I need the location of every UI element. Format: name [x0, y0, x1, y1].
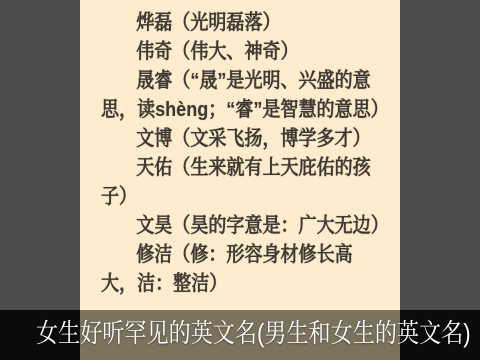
name-entry-tianyou: 天佑（生来就有上天庇佑的孩子）	[101, 153, 381, 211]
video-caption: 女生好听罕见的英文名(男生和女生的英文名)	[36, 316, 444, 350]
video-frame: 烨磊（光明磊落） 伟奇（伟大、神奇） 晟睿（“晟”是光明、兴盛的意思，读shèn…	[0, 0, 480, 360]
name-entry-wenhao: 文昊（昊的字意是：广大无边）	[101, 211, 381, 240]
name-entry-yelei: 烨磊（光明磊落）	[101, 8, 381, 37]
name-entry-weiqi: 伟奇（伟大、神奇）	[101, 37, 381, 66]
name-list-slide: 烨磊（光明磊落） 伟奇（伟大、神奇） 晟睿（“晟”是光明、兴盛的意思，读shèn…	[80, 0, 400, 360]
name-entry-xiujie: 修洁（修：形容身材修长高大，洁：整洁）	[101, 240, 381, 298]
name-list: 烨磊（光明磊落） 伟奇（伟大、神奇） 晟睿（“晟”是光明、兴盛的意思，读shèn…	[101, 8, 381, 298]
name-entry-shengrui: 晟睿（“晟”是光明、兴盛的意思，读shèng；“睿”是智慧的意思）	[101, 66, 381, 124]
name-entry-wenbo: 文博（文采飞扬，博学多才）	[101, 124, 381, 153]
